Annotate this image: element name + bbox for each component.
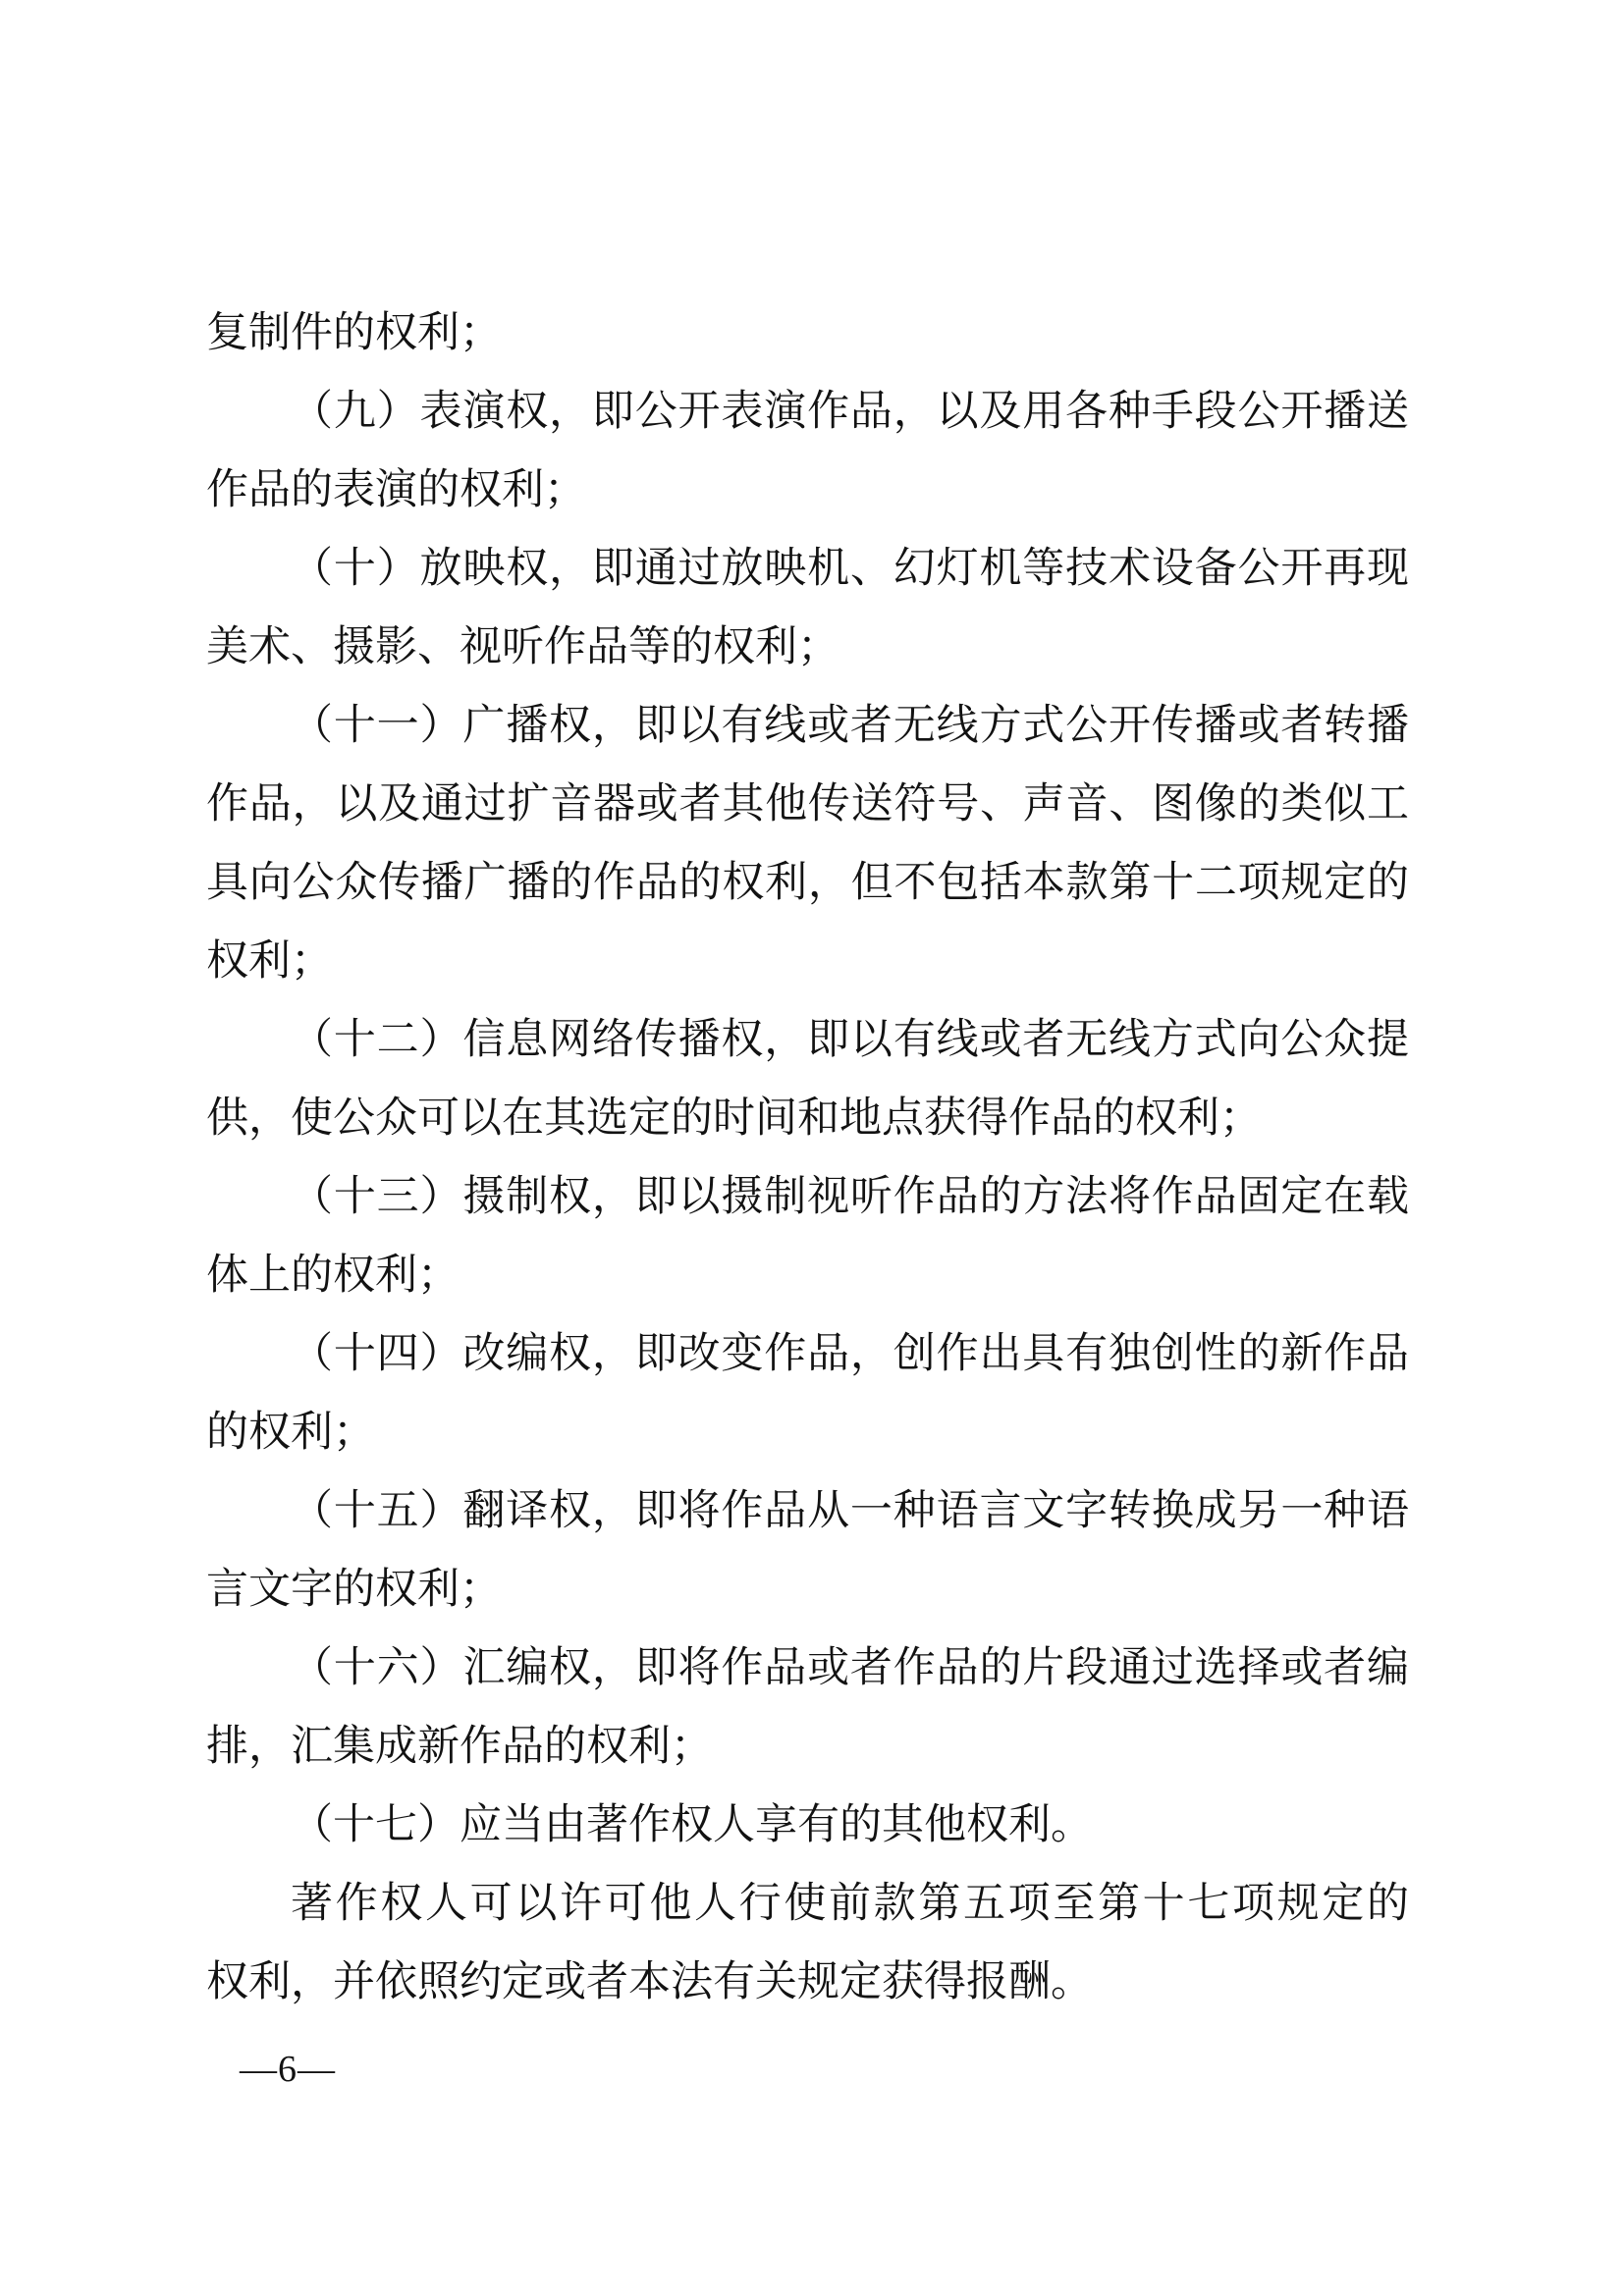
text-line: 的权利； — [206, 1394, 1409, 1472]
text-line: 排，汇集成新作品的权利； — [206, 1708, 1409, 1787]
text-line: 言文字的权利； — [206, 1551, 1409, 1629]
text-line: （十一）广播权，即以有线或者无线方式公开传播或者转播 — [206, 687, 1409, 766]
text-line: 权利； — [206, 923, 1409, 1001]
text-line: 美术、摄影、视听作品等的权利； — [206, 609, 1409, 687]
text-line: 体上的权利； — [206, 1237, 1409, 1315]
text-line: 具向公众传播广播的作品的权利，但不包括本款第十二项规定的 — [206, 844, 1409, 923]
body-text: 复制件的权利；（九）表演权，即公开表演作品，以及用各种手段公开播送作品的表演的权… — [206, 294, 1409, 2022]
document-page: 复制件的权利；（九）表演权，即公开表演作品，以及用各种手段公开播送作品的表演的权… — [0, 0, 1624, 2296]
text-line: 作品，以及通过扩音器或者其他传送符号、声音、图像的类似工 — [206, 766, 1409, 844]
text-line: （十五）翻译权，即将作品从一种语言文字转换成另一种语 — [206, 1472, 1409, 1551]
text-line: （十三）摄制权，即以摄制视听作品的方法将作品固定在载 — [206, 1158, 1409, 1237]
text-line: 复制件的权利； — [206, 294, 1409, 373]
text-line: （十四）改编权，即改变作品，创作出具有独创性的新作品 — [206, 1315, 1409, 1394]
text-line: （十二）信息网络传播权，即以有线或者无线方式向公众提 — [206, 1001, 1409, 1080]
text-line: 作品的表演的权利； — [206, 452, 1409, 530]
text-line: （九）表演权，即公开表演作品，以及用各种手段公开播送 — [206, 373, 1409, 452]
page-number: —6— — [240, 2045, 336, 2094]
text-line: （十六）汇编权，即将作品或者作品的片段通过选择或者编 — [206, 1629, 1409, 1708]
text-line: 著作权人可以许可他人行使前款第五项至第十七项规定的 — [206, 1865, 1409, 1944]
text-line: 供，使公众可以在其选定的时间和地点获得作品的权利； — [206, 1080, 1409, 1158]
text-line: （十七）应当由著作权人享有的其他权利。 — [206, 1787, 1409, 1865]
text-line: 权利，并依照约定或者本法有关规定获得报酬。 — [206, 1944, 1409, 2022]
text-line: （十）放映权，即通过放映机、幻灯机等技术设备公开再现 — [206, 530, 1409, 609]
